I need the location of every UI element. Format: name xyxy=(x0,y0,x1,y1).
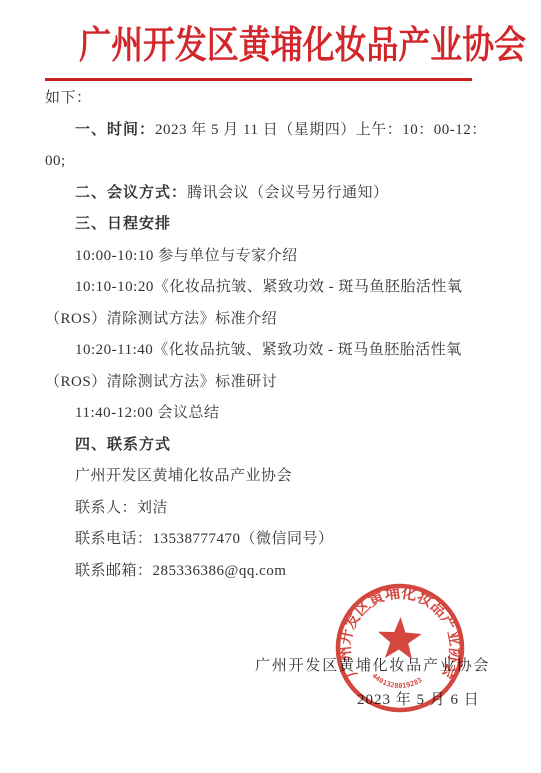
line-text: 2023 年 5 月 11 日（星期四）上午：10：00-12： xyxy=(155,122,487,138)
body-line: 四、联系方式 xyxy=(45,429,485,461)
line-text: 联系邮箱：285336386@qq.com xyxy=(75,563,286,579)
notice-body: 如下： 一、时间：2023 年 5 月 11 日（星期四）上午：10：00-12… xyxy=(45,82,485,586)
body-line: （ROS）清除测试方法》标准研讨 xyxy=(45,366,485,398)
body-line: 三、日程安排 xyxy=(45,208,485,240)
svg-text:4401328019283: 4401328019283 xyxy=(370,672,424,692)
line-text: 11:40-12:00 会议总结 xyxy=(75,405,220,421)
line-text: 联系电话：13538777470（微信同号） xyxy=(75,531,334,547)
letterhead-title: 广州开发区黄埔化妆品产业协会 xyxy=(79,22,438,70)
line-text: 00; xyxy=(45,153,66,169)
body-line: 联系电话：13538777470（微信同号） xyxy=(45,523,485,555)
line-label: 一、时间： xyxy=(75,121,155,138)
line-text: 10:10-10:20《化妆品抗皱、紧致功效 - 斑马鱼胚胎活性氧 xyxy=(75,279,462,295)
body-line: 10:00-10:10 参与单位与专家介绍 xyxy=(45,240,485,272)
line-text: 腾讯会议（会议号另行通知） xyxy=(187,185,389,201)
body-line: 00; xyxy=(45,145,485,177)
line-text: 10:00-10:10 参与单位与专家介绍 xyxy=(75,248,298,264)
body-line: 10:20-11:40《化妆品抗皱、紧致功效 - 斑马鱼胚胎活性氧 xyxy=(45,334,485,366)
letterhead-underline xyxy=(45,78,472,81)
seal-star-icon xyxy=(377,616,423,660)
line-text: 如下： xyxy=(45,90,92,106)
line-label: 四、联系方式 xyxy=(75,436,171,453)
body-line: 11:40-12:00 会议总结 xyxy=(45,397,485,429)
body-line: 二、会议方式：腾讯会议（会议号另行通知） xyxy=(45,177,485,209)
line-text: （ROS）清除测试方法》标准介绍 xyxy=(45,311,277,327)
seal-serial: 4401328019283 xyxy=(370,672,424,692)
line-text: 联系人：刘洁 xyxy=(75,500,168,516)
line-text: （ROS）清除测试方法》标准研讨 xyxy=(45,374,277,390)
body-line: 一、时间：2023 年 5 月 11 日（星期四）上午：10：00-12： xyxy=(45,114,485,146)
line-text: 10:20-11:40《化妆品抗皱、紧致功效 - 斑马鱼胚胎活性氧 xyxy=(75,342,462,358)
body-line: 联系人：刘洁 xyxy=(45,492,485,524)
body-line: （ROS）清除测试方法》标准介绍 xyxy=(45,303,485,335)
body-line: 如下： xyxy=(45,82,485,114)
document-page: 广州开发区黄埔化妆品产业协会 如下： 一、时间：2023 年 5 月 11 日（… xyxy=(0,0,541,773)
body-line: 10:10-10:20《化妆品抗皱、紧致功效 - 斑马鱼胚胎活性氧 xyxy=(45,271,485,303)
line-label: 三、日程安排 xyxy=(75,215,171,232)
official-seal-icon: 广州开发区黄埔化妆品产业协会 4401328019283 xyxy=(329,577,472,720)
line-text: 广州开发区黄埔化妆品产业协会 xyxy=(75,468,292,484)
body-line: 广州开发区黄埔化妆品产业协会 xyxy=(45,460,485,492)
line-label: 二、会议方式： xyxy=(75,184,187,201)
